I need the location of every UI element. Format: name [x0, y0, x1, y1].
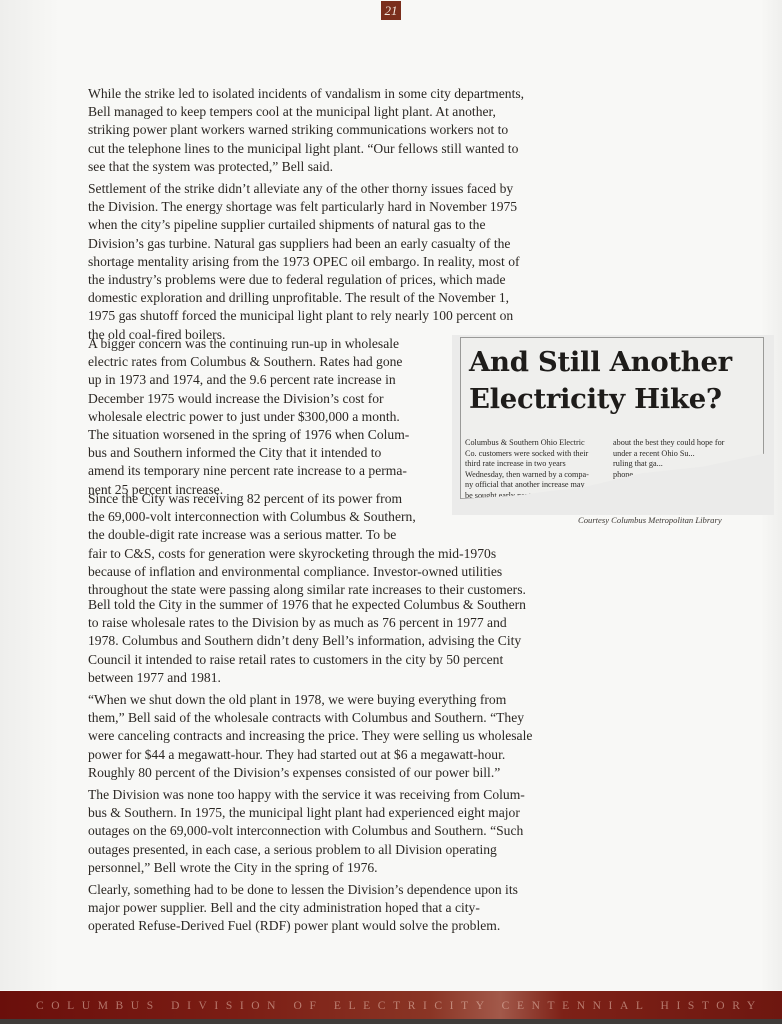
paragraph-strike-vandalism: While the strike led to isolated inciden… [88, 85, 524, 176]
paragraph-service-outages: The Division was none too happy with the… [88, 786, 525, 877]
paragraph-wholesale-rates: A bigger concern was the continuing run-… [88, 335, 433, 499]
paragraph-bell-quote: “When we shut down the old plant in 1978… [88, 691, 532, 782]
footer-edge [0, 1019, 782, 1024]
page-number: 21 [381, 1, 401, 20]
footer-title: Columbus Division of Electricity Centenn… [36, 1000, 776, 1012]
newspaper-clipping-figure: And Still Another Electricity Hike? Colu… [452, 335, 774, 515]
paragraph-energy-shortage: Settlement of the strike didn’t alleviat… [88, 180, 520, 344]
clipping-column-2: about the best they could hope for under… [613, 438, 755, 480]
paragraph-bell-told-city: Bell told the City in the summer of 1976… [88, 596, 526, 687]
newspaper-clipping: And Still Another Electricity Hike? Colu… [460, 337, 764, 499]
paragraph-rdf-plant: Clearly, something had to be done to les… [88, 881, 518, 936]
clipping-headline: And Still Another Electricity Hike? [469, 344, 769, 418]
clipping-column-1: Columbus & Southern Ohio Electric Co. cu… [465, 438, 607, 512]
figure-caption: Courtesy Columbus Metropolitan Library [578, 515, 722, 525]
